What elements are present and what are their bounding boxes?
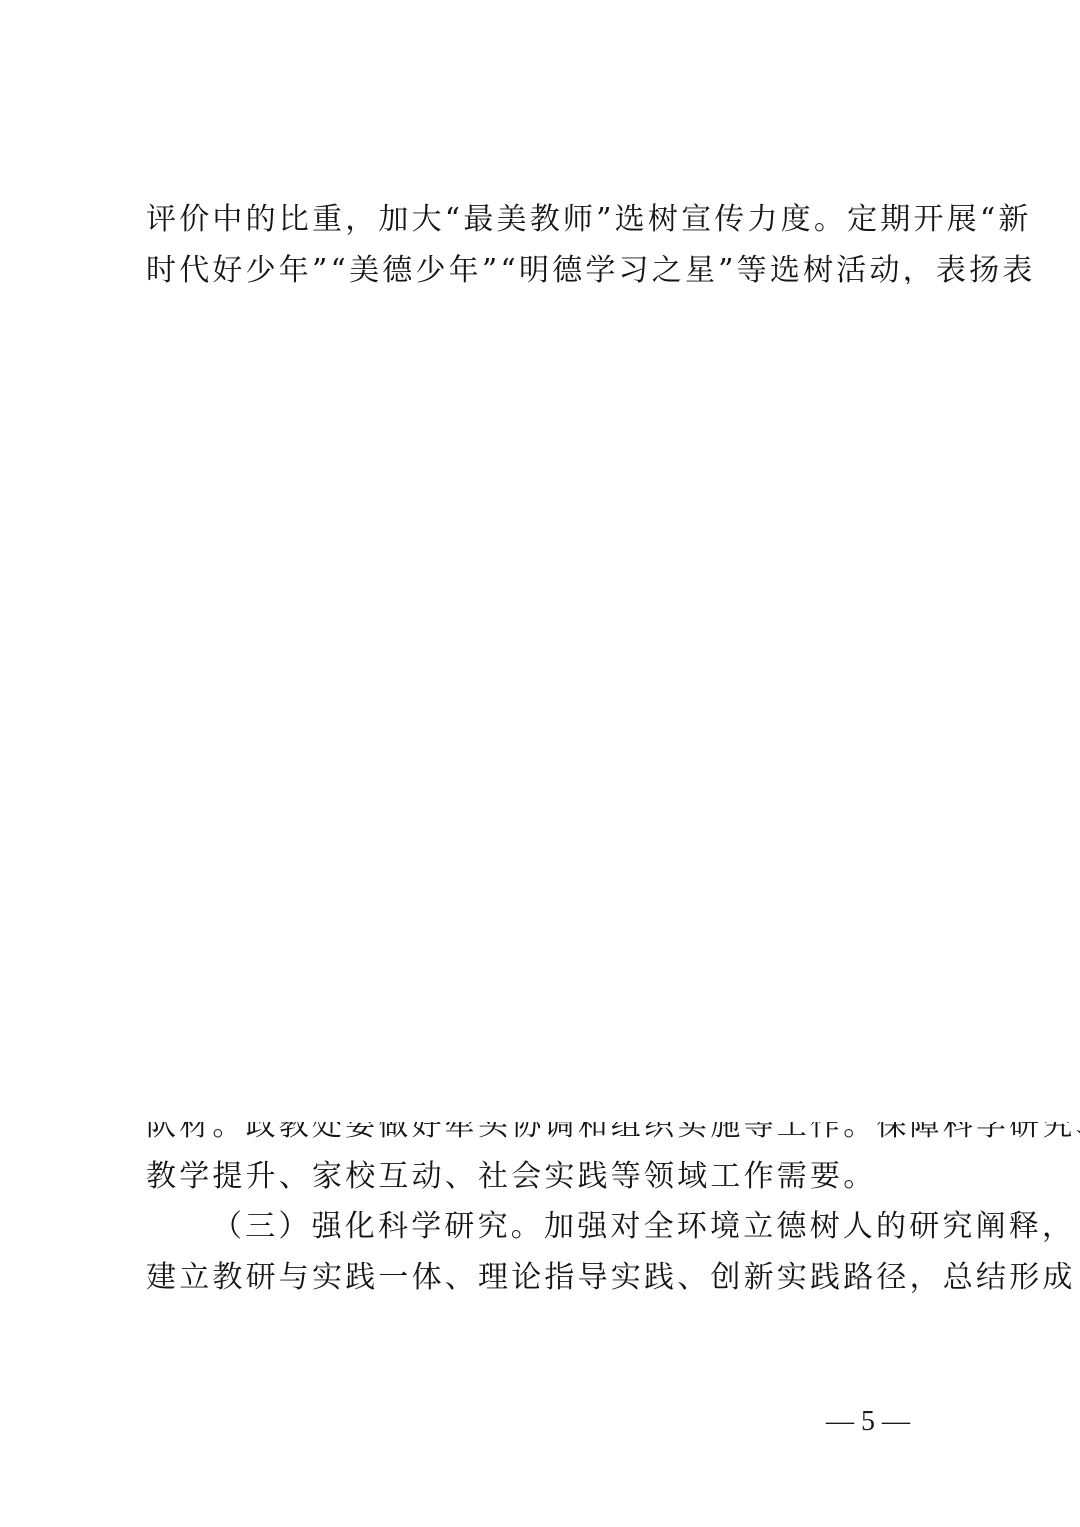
text-line: 评价中的比重，加大“最美教师”选树宣传力度。定期开展“新: [146, 198, 946, 242]
text-line-clipped: 队材。政教处要做好牵头协调和组织实施等工作。保障科学研究、: [146, 1122, 946, 1148]
top-text-block: 评价中的比重，加大“最美教师”选树宣传力度。定期开展“新 时代好少年”“美德少年…: [0, 190, 1080, 284]
bottom-text-block: 队材。政教处要做好牵头协调和组织实施等工作。保障科学研究、 教学提升、家校互动、…: [0, 1122, 1080, 1322]
text-line: 教学提升、家校互动、社会实践等领域工作需要。: [146, 1155, 946, 1199]
page-number: — 5 —: [818, 1402, 918, 1442]
blank-redacted-region: [0, 284, 1080, 1122]
text-line: 建立教研与实践一体、理论指导实践、创新实践路径，总结形成: [146, 1256, 946, 1300]
document-page: 评价中的比重，加大“最美教师”选树宣传力度。定期开展“新 时代好少年”“美德少年…: [0, 0, 1080, 1527]
text-line-clipped: 时代好少年”“美德少年”“明德学习之星”等选树活动，表扬表: [146, 249, 946, 284]
section-heading-line: （三）强化科学研究。加强对全环境立德树人的研究阐释，: [146, 1205, 946, 1249]
